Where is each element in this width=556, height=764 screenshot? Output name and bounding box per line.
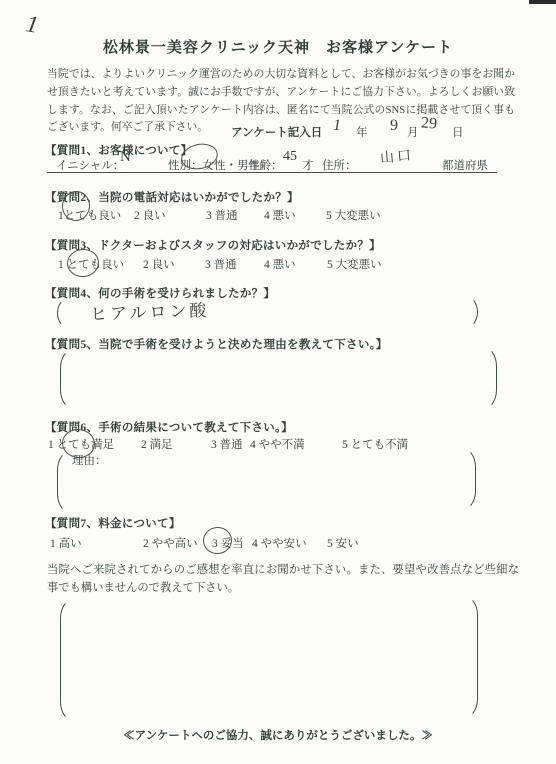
handwritten-month: 9 bbox=[390, 117, 398, 135]
q6-option-4: 4 やや不満 bbox=[250, 436, 305, 452]
free-comment-prompt: 当院へご来院されてからのご感想を率直にお聞かせ下さい。また、要望や改善点など些細… bbox=[47, 561, 519, 597]
q2-option-4: 4 悪い bbox=[264, 207, 296, 223]
q1-underline bbox=[47, 172, 497, 173]
q3-option-3: 3 普通 bbox=[205, 256, 237, 272]
comment-bracket-left bbox=[60, 598, 76, 722]
q2-option-2: 2 良い bbox=[134, 207, 166, 223]
q7-options-row: 1 高い 2 やや高い 3 妥当 4 やや安い 5 安い bbox=[0, 535, 556, 551]
handwritten-day: 29 bbox=[420, 114, 437, 133]
survey-form-page: 1 松林景一美容クリニック天神 お客様アンケート 当院では、よりよいクリニック運… bbox=[0, 0, 556, 764]
q1-initial-label: イニシャル： bbox=[56, 157, 124, 173]
q6-option-3: 3 普通 bbox=[211, 436, 243, 452]
q7-option-5: 5 安い bbox=[327, 535, 359, 551]
q3-heading: 【質問3、ドクターおよびスタッフの対応はいかがでしたか？】 bbox=[45, 237, 381, 253]
form-title: 松林景一美容クリニック天神 お客様アンケート bbox=[0, 36, 556, 57]
q1-age-value: 45 bbox=[283, 149, 297, 165]
q1-age-unit: 才 bbox=[302, 157, 314, 173]
q7-option-2: 2 やや高い bbox=[143, 535, 198, 551]
q4-bracket-left bbox=[57, 298, 73, 328]
q1-address-unit: 都道府県 bbox=[442, 157, 488, 173]
q2-option-5: 5 大変悪い bbox=[326, 207, 381, 223]
q1-heading: 【質問1、お客様について】 bbox=[45, 142, 192, 158]
q7-option-4: 4 やや安い bbox=[252, 535, 307, 551]
q3-option-4: 4 悪い bbox=[264, 256, 296, 272]
q4-handwritten-answer: ヒアルロン酸 bbox=[90, 296, 210, 325]
q5-heading: 【質問5、当院で手術を受けようと決めた理由を教えて下さい。】 bbox=[45, 336, 388, 352]
q6-reason-label: 理由： bbox=[72, 452, 107, 468]
q7-option-1: 1 高い bbox=[50, 535, 82, 551]
q6-bracket-left bbox=[57, 450, 73, 514]
month-unit: 月 bbox=[407, 124, 419, 140]
scan-artifact bbox=[529, 0, 556, 4]
year-unit: 年 bbox=[356, 124, 368, 140]
day-unit: 日 bbox=[452, 124, 464, 140]
q1-age-label: 年齢： bbox=[248, 157, 283, 173]
q1-initial-value: N bbox=[120, 149, 131, 166]
q4-bracket-right bbox=[462, 296, 478, 328]
date-label: アンケート記入日 bbox=[231, 124, 322, 140]
comment-bracket-right bbox=[462, 595, 478, 719]
q6-bracket-right bbox=[460, 447, 476, 511]
q3-option-5: 5 大変悪い bbox=[327, 256, 382, 272]
q3-option-2: 2 良い bbox=[143, 256, 175, 272]
q2-option-3: 3 普通 bbox=[206, 207, 238, 223]
q6-option-2: 2 満足 bbox=[141, 436, 173, 452]
q7-heading: 【質問7、料金について】 bbox=[45, 515, 181, 531]
q1-address-label: 住所： bbox=[322, 157, 357, 173]
q1-address-value: 山口 bbox=[379, 145, 415, 168]
q5-bracket-right bbox=[481, 346, 497, 410]
closing-message: ≪アンケートへのご協力、誠にありがとうございました。≫ bbox=[0, 727, 556, 743]
q6-option-5: 5 とても不満 bbox=[342, 436, 408, 452]
q5-bracket-left bbox=[60, 348, 76, 410]
handwritten-year: 1 bbox=[333, 117, 341, 135]
